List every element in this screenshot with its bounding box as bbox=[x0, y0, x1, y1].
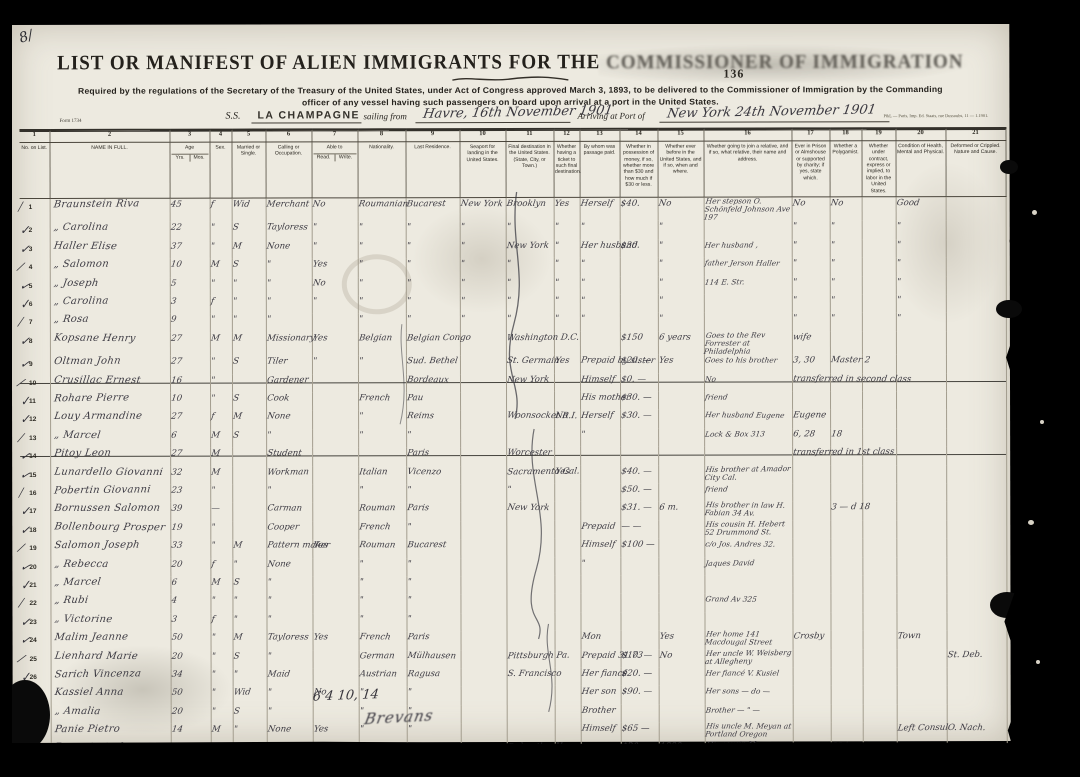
handwritten-entry: M bbox=[232, 413, 242, 422]
handwritten-entry: $50. — bbox=[620, 486, 652, 495]
manifest-cell bbox=[862, 594, 896, 612]
manifest-cell: Yes bbox=[313, 723, 359, 741]
handwritten-entry: " bbox=[358, 297, 363, 306]
handwritten-entry: French bbox=[358, 523, 390, 532]
handwritten-entry: Her uncle W. Weisberg at Allegheny bbox=[704, 648, 793, 665]
handwritten-entry: Belgian Congo bbox=[406, 334, 471, 344]
manifest-cell: " bbox=[580, 557, 620, 575]
manifest-cell bbox=[896, 483, 946, 501]
manifest-cell: " bbox=[580, 295, 620, 313]
handwritten-entry: " bbox=[580, 559, 585, 568]
manifest-cell bbox=[506, 521, 554, 539]
manifest-cell: " bbox=[210, 277, 232, 295]
manifest-cell: S bbox=[232, 259, 266, 277]
manifest-cell: Woonsocket R.I. bbox=[506, 410, 554, 428]
manifest-cell: " bbox=[830, 239, 862, 257]
manifest-cell: " bbox=[830, 221, 862, 239]
column-number: 21 bbox=[945, 128, 1005, 141]
manifest-row: ⁄4„ Salomon10MS"Yes"""""""father Jerson … bbox=[20, 257, 1006, 277]
handwritten-entry: 32 bbox=[170, 468, 182, 477]
manifest-cell: Himself bbox=[580, 539, 620, 557]
manifest-cell: friend bbox=[704, 391, 792, 410]
manifest-cell: " bbox=[266, 484, 312, 502]
manifest-cell: Brother bbox=[581, 704, 621, 722]
row-number-cell: ⁄13 bbox=[20, 430, 50, 448]
margin-checkmark: ✓ bbox=[18, 278, 31, 294]
manifest-cell bbox=[461, 705, 507, 723]
handwritten-entry: M bbox=[210, 468, 220, 477]
manifest-cell: Wid bbox=[232, 198, 266, 222]
handwritten-entry: Workman bbox=[266, 468, 309, 478]
handwritten-entry: „ Marcel bbox=[50, 431, 101, 442]
manifest-cell bbox=[507, 686, 555, 704]
manifest-cell: " bbox=[267, 687, 313, 705]
manifest-cell: Goes to the Rev Forrester at Philadelphi… bbox=[704, 331, 792, 355]
handwritten-entry: Grand Av 325 bbox=[704, 596, 756, 604]
manifest-cell bbox=[554, 502, 580, 520]
handwritten-entry: Yes bbox=[312, 261, 328, 270]
column-header: Married or Single. bbox=[231, 142, 265, 198]
manifest-cell: „ Salomon bbox=[50, 259, 170, 278]
manifest-cell: Yes bbox=[312, 332, 358, 356]
manifest-cell bbox=[863, 704, 897, 722]
column-header: By whom was passage paid. bbox=[579, 141, 619, 197]
handwritten-entry: Sarich Vincenza bbox=[50, 669, 141, 681]
manifest-row: ✓29Panie Pietro14M"NoneYes""Himself$65 —… bbox=[21, 722, 1007, 742]
manifest-cell: M bbox=[210, 429, 232, 447]
handwritten-entry: „ Carolina bbox=[49, 223, 108, 234]
column-number: 6 bbox=[265, 129, 311, 142]
handwritten-entry: None bbox=[266, 242, 291, 251]
handwritten-entry: S bbox=[232, 224, 239, 233]
manifest-cell bbox=[896, 354, 946, 372]
row-number-cell: ✓18 bbox=[20, 522, 50, 540]
manifest-cell bbox=[896, 501, 946, 519]
manifest-cell: „ Carolina bbox=[50, 296, 170, 315]
manifest-row: ⁄10Crusillac Ernest16"GardenerBordeauxNe… bbox=[20, 373, 1006, 393]
handwritten-entry: Goes to his brother bbox=[704, 357, 777, 365]
manifest-cell: " bbox=[210, 393, 232, 411]
manifest-cell: $10. — bbox=[621, 649, 659, 667]
handwritten-entry: " bbox=[658, 260, 663, 269]
column-number: 14 bbox=[619, 129, 657, 142]
manifest-cell: 14 bbox=[171, 724, 211, 742]
handwritten-entry: " bbox=[580, 431, 585, 440]
margin-checkmark: ✓ bbox=[20, 504, 31, 519]
row-number-cell: ✓24 bbox=[21, 632, 51, 650]
manifest-cell: M bbox=[210, 577, 232, 595]
handwritten-entry: $20. — bbox=[620, 357, 652, 366]
row-number: 1 bbox=[29, 204, 33, 211]
manifest-cell bbox=[946, 373, 1006, 392]
manifest-cell: " bbox=[658, 295, 704, 313]
column-number: 13 bbox=[579, 129, 619, 142]
handwritten-entry: Tayloress bbox=[266, 634, 308, 643]
manifest-cell: Gardener bbox=[266, 374, 312, 392]
manifest-cell bbox=[659, 686, 705, 704]
handwritten-entry: 27 bbox=[170, 358, 182, 367]
handwritten-entry: Cook bbox=[266, 395, 289, 404]
manifest-cell bbox=[659, 723, 705, 741]
handwritten-entry: Worcester bbox=[506, 449, 552, 458]
manifest-cell: " bbox=[658, 221, 704, 239]
manifest-cell: Prepaid bbox=[580, 521, 620, 539]
manifest-cell bbox=[460, 447, 506, 465]
manifest-cell: " bbox=[506, 258, 554, 276]
manifest-cell bbox=[793, 649, 831, 667]
handwritten-entry: " bbox=[210, 597, 215, 606]
handwritten-entry: M bbox=[232, 334, 242, 343]
manifest-cell bbox=[460, 558, 506, 576]
manifest-cell: 6 bbox=[170, 429, 210, 447]
handwritten-entry: Roumanian bbox=[357, 200, 408, 209]
row-number-cell: ✓5 bbox=[20, 278, 50, 296]
manifest-cell: " bbox=[554, 313, 580, 331]
manifest-cell: Eugene bbox=[792, 410, 830, 428]
manifest-cell: $50. — bbox=[620, 484, 658, 502]
manifest-row: ✓2„ Carolina22"STayloress""""""""""" bbox=[20, 220, 1006, 240]
underline-rule bbox=[415, 122, 570, 123]
manifest-cell bbox=[793, 667, 831, 685]
manifest-cell: Belgian bbox=[358, 332, 406, 356]
column-number: 4 bbox=[209, 130, 231, 143]
handwritten-entry: Her husband , bbox=[704, 241, 758, 249]
manifest-cell: $150 bbox=[620, 331, 658, 355]
manifest-cell: New York bbox=[506, 502, 554, 520]
manifest-cell bbox=[946, 354, 1006, 373]
handwritten-entry: His brother at Amador City Cal. bbox=[704, 465, 793, 482]
manifest-cell: 27 bbox=[170, 332, 210, 356]
handwritten-entry: Student bbox=[266, 450, 302, 459]
column-header: Whether a Polygamist. bbox=[829, 141, 861, 197]
manifest-cell bbox=[862, 612, 896, 630]
manifest-cell: Her husband , bbox=[704, 239, 792, 258]
handwritten-entry: His uncle M. Meyan at Portland Oregon bbox=[704, 722, 793, 738]
manifest-cell bbox=[507, 705, 555, 723]
manifest-cell: " bbox=[506, 276, 554, 294]
manifest-cell bbox=[862, 428, 896, 446]
manifest-cell: „ Marcel bbox=[50, 430, 170, 449]
manifest-cell: Kopsane Henry bbox=[50, 332, 170, 356]
scan-border-bottom bbox=[0, 741, 1080, 777]
manifest-cell bbox=[830, 483, 862, 501]
manifest-cell bbox=[863, 722, 897, 740]
row-number-cell: ⁄4 bbox=[20, 259, 50, 277]
handwritten-entry: M bbox=[210, 450, 220, 459]
handwritten-entry: " bbox=[792, 278, 797, 287]
handwritten-entry: Vicenzo bbox=[406, 468, 441, 477]
manifest-cell bbox=[659, 704, 705, 722]
handwritten-entry: " bbox=[460, 315, 465, 324]
manifest-cell bbox=[507, 631, 555, 649]
manifest-cell: Paris bbox=[406, 447, 460, 466]
manifest-cell bbox=[862, 197, 896, 221]
handwritten-entry: „ Rubi bbox=[50, 596, 88, 607]
handwritten-entry: Yes bbox=[658, 633, 674, 642]
handwritten-entry: $10. — bbox=[620, 651, 652, 660]
handwritten-entry: None bbox=[267, 726, 292, 735]
manifest-cell bbox=[897, 667, 947, 685]
manifest-cell: " bbox=[266, 576, 312, 594]
manifest-cell: Louy Armandine bbox=[50, 411, 170, 430]
manifest-cell: transferred in 1st class bbox=[792, 447, 830, 465]
manifest-cell: " bbox=[792, 221, 830, 239]
manifest-cell: Master 2 bbox=[830, 355, 862, 373]
column-header: AgeYrs.Mos. bbox=[169, 142, 209, 198]
manifest-cell bbox=[554, 374, 580, 392]
handwritten-entry: " bbox=[406, 297, 411, 306]
arriving-value: New York 24th November 1901 bbox=[666, 102, 877, 121]
handwritten-entry: Sud. Bethel bbox=[406, 357, 458, 366]
handwritten-entry: Yes bbox=[554, 200, 570, 209]
manifest-cell: His brother at Amador City Cal. bbox=[704, 465, 792, 484]
manifest-cell bbox=[831, 704, 863, 722]
manifest-cell: Sacramento Cal. bbox=[506, 466, 554, 484]
manifest-cell: 3 bbox=[170, 296, 210, 314]
row-number-cell: ✓12 bbox=[20, 411, 50, 429]
manifest-cell: Pittsburgh Pa. bbox=[507, 649, 555, 667]
row-number-cell: ✓15 bbox=[20, 467, 50, 485]
manifest-cell: Belgian Congo bbox=[406, 332, 460, 356]
manifest-cell: " bbox=[232, 595, 266, 613]
manifest-cell bbox=[947, 667, 1007, 686]
ink-blob bbox=[1000, 160, 1018, 174]
handwritten-entry: Bornussen Salomon bbox=[50, 504, 160, 515]
handwritten-entry: Crusillac Ernest bbox=[50, 375, 141, 386]
handwritten-entry: " bbox=[792, 241, 797, 250]
handwritten-entry: Reims bbox=[406, 413, 434, 422]
scan-border-left bbox=[0, 0, 12, 777]
handwritten-entry: " bbox=[792, 223, 797, 232]
manifest-cell: French bbox=[359, 631, 407, 649]
manifest-cell: Brother — " — bbox=[705, 704, 793, 723]
manifest-cell bbox=[620, 557, 658, 575]
handwritten-entry: Wid bbox=[233, 689, 251, 698]
handwritten-entry: " bbox=[580, 223, 585, 232]
handwritten-entry: Crosby bbox=[792, 632, 824, 641]
handwritten-entry: „ Amalia bbox=[50, 706, 100, 717]
manifest-cell bbox=[580, 332, 620, 356]
manifest-cell bbox=[461, 668, 507, 686]
manifest-cell: f bbox=[210, 198, 232, 222]
handwritten-entry: " bbox=[506, 315, 511, 324]
manifest-cell: " bbox=[554, 276, 580, 294]
manifest-cell bbox=[658, 373, 704, 391]
manifest-cell bbox=[831, 686, 863, 704]
manifest-cell: " bbox=[460, 295, 506, 313]
manifest-cell bbox=[946, 391, 1006, 410]
handwritten-entry: " bbox=[358, 578, 363, 587]
row-number-cell: ✓20 bbox=[20, 559, 50, 577]
manifest-cell: " bbox=[830, 294, 862, 312]
manifest-cell: „ Marcel bbox=[50, 577, 170, 596]
manifest-cell bbox=[862, 575, 896, 593]
handwritten-entry: 16 bbox=[170, 376, 182, 385]
manifest-cell: 27 bbox=[170, 356, 210, 374]
manifest-cell: „ Joseph bbox=[50, 277, 170, 296]
manifest-cell bbox=[555, 723, 581, 741]
manifest-cell bbox=[312, 576, 358, 594]
manifest-cell: " bbox=[406, 295, 460, 314]
manifest-cell: " bbox=[830, 313, 862, 331]
manifest-cell: His mother bbox=[580, 392, 620, 410]
form-number-note: Form 1734 bbox=[59, 119, 81, 124]
handwritten-entry: Cooper bbox=[266, 523, 299, 532]
handwritten-entry: " bbox=[896, 315, 901, 324]
manifest-cell: " bbox=[896, 220, 946, 238]
handwritten-entry: 45 bbox=[169, 201, 181, 210]
handwritten-entry: „ Joseph bbox=[50, 278, 99, 289]
handwritten-entry: Herself bbox=[580, 412, 613, 421]
manifest-cell bbox=[862, 391, 896, 409]
manifest-cell: „ Rubi bbox=[50, 595, 170, 614]
handwritten-entry: Austrian bbox=[358, 670, 396, 679]
column-number: 10 bbox=[459, 129, 505, 142]
manifest-row: ⁄22„ Rubi4"""""Grand Av 325 bbox=[20, 593, 1006, 613]
manifest-cell: No bbox=[659, 649, 705, 667]
manifest-cell bbox=[830, 538, 862, 556]
handwritten-entry: Belgian bbox=[358, 334, 392, 343]
handwritten-entry: M bbox=[232, 242, 242, 251]
handwritten-entry: No bbox=[657, 199, 671, 208]
handwritten-entry: 6, 28 bbox=[792, 430, 815, 439]
manifest-row: ✓15Lunardello Giovanni32MWorkmanItalianV… bbox=[20, 465, 1006, 485]
manifest-cell: " bbox=[266, 277, 312, 295]
column-header: Whether going to join a relative, and if… bbox=[703, 141, 791, 197]
row-number-cell: ✓21 bbox=[20, 577, 50, 595]
handwritten-entry: Her son bbox=[581, 688, 617, 697]
manifest-cell: His uncle M. Meyan at Portland Oregon bbox=[705, 723, 793, 742]
handwritten-entry: " bbox=[406, 431, 411, 440]
handwritten-entry: " bbox=[460, 279, 465, 288]
handwritten-entry: Lock & Box 313 bbox=[704, 430, 765, 438]
handwritten-entry: " bbox=[460, 223, 465, 232]
column-header: Last Residence. bbox=[405, 142, 459, 198]
handwritten-entry: 20 bbox=[170, 652, 182, 661]
manifest-cell bbox=[460, 392, 506, 410]
manifest-cell bbox=[620, 258, 658, 276]
manifest-cell bbox=[460, 374, 506, 392]
manifest-cell: Rouman bbox=[358, 539, 406, 557]
manifest-cell: Yes bbox=[313, 631, 359, 649]
manifest-cell: Grand Av 325 bbox=[704, 594, 792, 613]
manifest-row: ⁄16Pobertin Giovanni23"""""$50. —friend bbox=[20, 483, 1006, 503]
manifest-cell: Pitoy Leon bbox=[50, 448, 170, 467]
manifest-cell bbox=[554, 557, 580, 575]
manifest-cell bbox=[896, 465, 946, 483]
manifest-cell bbox=[312, 466, 358, 484]
manifest-row: ✓6„ Carolina3f""""""""""""" bbox=[20, 294, 1006, 314]
handwritten-entry: " bbox=[266, 261, 271, 270]
manifest-cell bbox=[704, 612, 792, 631]
handwritten-entry: 50 bbox=[171, 689, 183, 698]
manifest-cell: 10 bbox=[170, 393, 210, 411]
handwritten-entry: „ Salomon bbox=[50, 260, 109, 271]
handwritten-entry: — — bbox=[620, 522, 641, 531]
manifest-cell: Mülhausen bbox=[407, 650, 461, 669]
handwritten-entry: " bbox=[358, 242, 363, 251]
manifest-cell: S bbox=[233, 650, 267, 668]
handwritten-entry: Tayloress bbox=[266, 224, 308, 233]
handwritten-entry: No bbox=[554, 412, 568, 421]
manifest-cell: M bbox=[210, 466, 232, 484]
handwritten-entry: S bbox=[232, 652, 239, 661]
handwritten-entry: transferred in second class bbox=[792, 375, 911, 384]
handwritten-entry: " bbox=[266, 615, 271, 624]
manifest-cell bbox=[506, 539, 554, 557]
column-number: 17 bbox=[791, 128, 829, 141]
column-header: Able toRead.Write. bbox=[311, 142, 357, 198]
handwritten-entry: " bbox=[406, 560, 411, 569]
manifest-cell bbox=[897, 685, 947, 703]
manifest-cell bbox=[460, 594, 506, 612]
margin-checkmark: ⁄ bbox=[19, 541, 23, 555]
manifest-cell: Ragusa bbox=[407, 668, 461, 687]
manifest-cell bbox=[792, 612, 830, 630]
manifest-cell bbox=[896, 446, 946, 464]
handwritten-entry: " bbox=[407, 725, 412, 734]
manifest-cell: French bbox=[358, 392, 406, 410]
handwritten-entry: $31. — bbox=[620, 504, 652, 513]
handwritten-entry: M bbox=[210, 334, 220, 343]
handwritten-entry: 27 bbox=[170, 450, 182, 459]
handwritten-entry: " bbox=[506, 486, 511, 495]
manifest-cell: Bucarest bbox=[406, 539, 460, 558]
manifest-cell: f bbox=[210, 296, 232, 314]
manifest-cell: " bbox=[506, 484, 554, 502]
handwritten-entry: 4 bbox=[170, 597, 177, 606]
manifest-cell: 45 bbox=[170, 198, 210, 222]
manifest-cell: " bbox=[232, 558, 266, 576]
handwritten-entry: 22 bbox=[170, 224, 182, 233]
manifest-row: ✓8Kopsane Henry27MMMissionaryYesBelgianB… bbox=[20, 331, 1006, 357]
manifest-cell bbox=[896, 538, 946, 556]
handwritten-entry: " bbox=[266, 652, 271, 661]
manifest-table: 123456789101112131415161718192021No. on … bbox=[19, 127, 1007, 766]
handwritten-entry: Her stepson O. Schönfeld Johnson Ave 197 bbox=[703, 197, 793, 220]
manifest-cell: 33 bbox=[170, 540, 210, 558]
handwritten-entry: " bbox=[232, 298, 237, 307]
manifest-cell bbox=[896, 391, 946, 409]
manifest-cell: Bornussen Salomon bbox=[50, 503, 170, 522]
handwritten-entry: 6 bbox=[170, 432, 177, 441]
handwritten-entry: " bbox=[210, 224, 215, 233]
manifest-cell: 6, 28 bbox=[792, 428, 830, 446]
manifest-cell bbox=[580, 613, 620, 631]
manifest-cell: f bbox=[210, 411, 232, 429]
manifest-cell: 50 bbox=[171, 632, 211, 650]
manifest-cell: Maid bbox=[267, 668, 313, 686]
handwritten-entry: " bbox=[792, 260, 797, 269]
manifest-cell: 20 bbox=[171, 650, 211, 668]
manifest-cell: " bbox=[358, 222, 406, 240]
handwritten-entry: " bbox=[407, 689, 412, 698]
manifest-cell: " bbox=[896, 257, 946, 275]
row-number-cell: ⁄1 bbox=[20, 198, 50, 222]
handwritten-entry: Mülhausen bbox=[406, 651, 456, 660]
manifest-cell: " bbox=[210, 521, 232, 539]
handwritten-entry: His brother in law H. Fabian 34 Av. bbox=[704, 502, 793, 518]
manifest-cell bbox=[831, 722, 863, 740]
manifest-cell: " bbox=[211, 705, 233, 723]
manifest-cell bbox=[946, 428, 1006, 447]
manifest-cell: Her husband Eugene bbox=[704, 410, 792, 429]
handwritten-entry: Goes to the Rev Forrester at Philadelphi… bbox=[703, 331, 793, 355]
manifest-cell bbox=[658, 484, 704, 502]
handwritten-entry: f bbox=[210, 200, 214, 209]
manifest-cell bbox=[620, 221, 658, 239]
handwritten-entry: 50 bbox=[170, 634, 182, 643]
